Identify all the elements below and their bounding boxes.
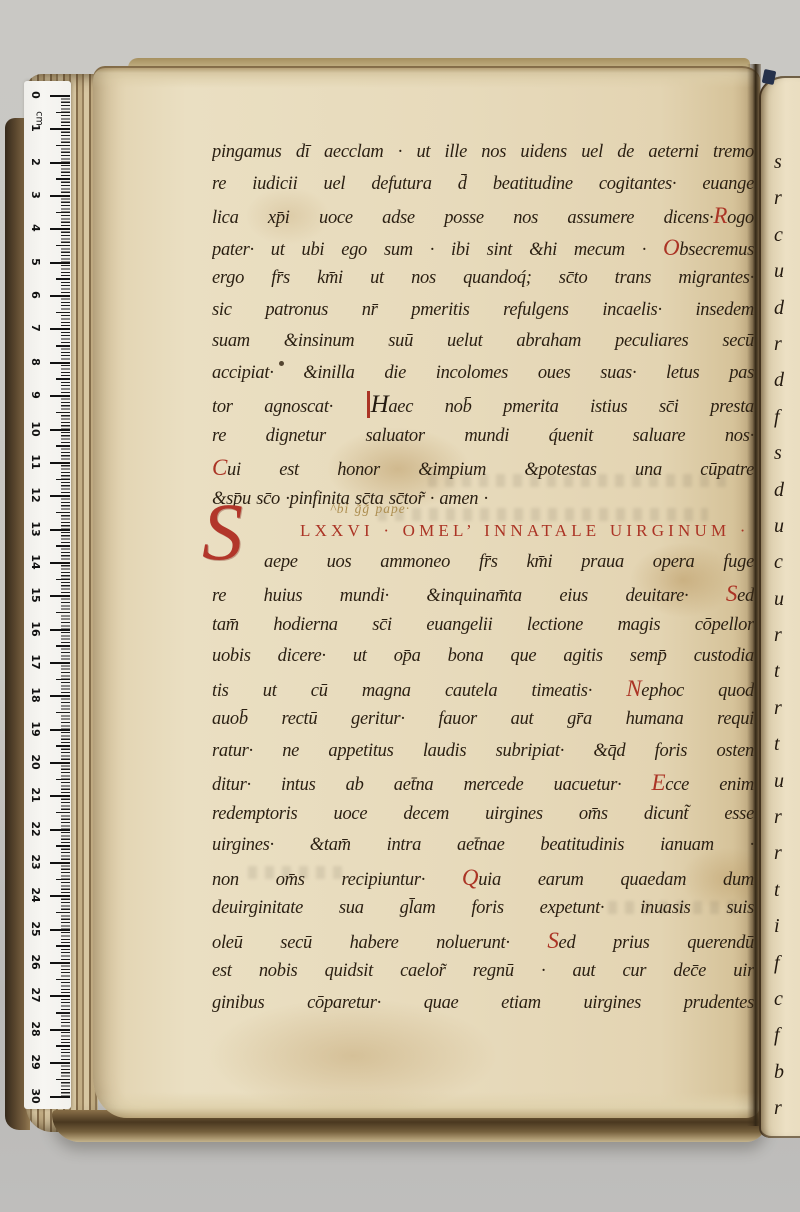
half-cm-tick [56,545,70,546]
cm-tick [50,562,70,564]
manuscript-line: oleū secū habere noluerunt· Sed prius qu… [212,925,754,957]
ruler-number: 13 [29,521,41,537]
manuscript-line: re huius mundi· &inquinam̄ta eius deuita… [212,578,754,610]
half-cm-tick [56,112,70,113]
manuscript-line: redemptoris uoce decem uirgines om̄s dic… [212,799,754,831]
manuscript-line: deuirginitate sua gl̄am foris expetunt· … [212,893,754,925]
edge-letter [774,1127,784,1163]
half-cm-tick [56,278,70,279]
text-segment: ui est honor &impium &potestas una cūpat… [227,460,754,480]
manuscript-line: accipiat· &inilla die incolomes oues sua… [212,358,754,390]
half-cm-tick [56,812,70,813]
half-cm-tick [56,579,70,580]
ruler-number: 8 [29,354,41,370]
cm-tick [50,429,70,431]
edge-letter: c [774,544,784,580]
ruler-number: 30 [29,1088,41,1104]
edge-letter: f [774,1017,784,1053]
manuscript-line: tor agnoscat· Haec nob̄ pmerita istius s… [212,389,754,421]
half-cm-tick [56,779,70,780]
text-segment: cce enim [665,775,754,795]
red-initial: R [713,203,727,228]
half-cm-tick [56,645,70,646]
manuscript-line: re dignetur saluator mundi q́uenit salua… [212,421,754,453]
half-cm-tick [56,712,70,713]
manuscript-line: Cui est honor &impium &potestas una cūpa… [212,452,754,484]
ruler-number: 4 [29,220,41,236]
ruler-number: 26 [29,954,41,970]
cm-tick [50,895,70,897]
text-segment: aec nob̄ pmerita istius sc̄i presta [388,397,754,417]
ruler-number: 16 [29,621,41,637]
ruler-number: 7 [29,320,41,336]
text-segment: deuirginitate sua gl̄am foris expetunt· … [212,898,754,918]
edge-letter: s [774,435,784,471]
half-cm-tick [56,1012,70,1013]
text-segment: re iudicii uel defutura d̄ beatitudine c… [212,174,754,194]
half-cm-tick [56,1045,70,1046]
half-cm-tick [56,845,70,846]
manuscript-line: ginibus cōparetur· quae etiam uirgines p… [212,988,754,1020]
text-segment: re huius mundi· &inquinam̄ta eius deuita… [212,586,726,606]
edge-letter: r [774,799,784,835]
half-cm-tick [56,378,70,379]
edge-letter: d [774,290,784,326]
text-segment: tis ut cū magna cautela timeatis· [212,681,626,701]
interlinear-gloss: ^bi g̃g̃ pape· [330,502,410,516]
cm-tick [50,1096,70,1098]
ruler-number: 29 [29,1054,41,1070]
edge-letter: u [774,253,784,289]
cm-ruler: cm 0123456789101112131415161718192021222… [24,81,71,1109]
manuscript-line: auob̄ rectū geritur· fauor aut gr̄a huma… [212,704,754,736]
half-cm-tick [56,1079,70,1080]
edge-letter: r [774,617,784,653]
cm-tick [50,662,70,664]
cm-tick [50,862,70,864]
manuscript-line: pingamus dī aecclam · ut ille nos uidens… [212,137,754,169]
edge-letter: c [774,981,784,1017]
cm-tick [50,995,70,997]
cm-tick [50,595,70,597]
cm-tick [50,629,70,631]
half-cm-tick [56,479,70,480]
cm-tick [50,729,70,731]
manuscript-line: ergo fr̄s km̄i ut nos quandoq́; sc̄to tr… [212,263,754,295]
cm-tick [50,228,70,230]
text-segment: lica xp̄i uoce adse posse nos assumere d… [212,208,713,228]
text-segment: pater· ut ubi ego sum · ibi sint &hi mec… [212,240,663,260]
manuscript-line: sic patronus nr̄ pmeritis refulgens inca… [212,295,754,327]
red-initial: Q [462,865,478,890]
cm-tick [50,195,70,197]
edge-letter: t [774,653,784,689]
text-segment: tor agnoscat· [212,397,365,417]
text-segment: auob̄ rectū geritur· fauor aut gr̄a huma… [212,709,754,729]
ruler-number: 6 [29,287,41,303]
text-segment: uirgines· &tam̄ intra aet̄nae beatitudin… [212,835,754,855]
text-segment: sic patronus nr̄ pmeritis refulgens inca… [212,300,754,320]
manuscript-page: S pingamus dī aecclam · ut ille nos uide… [93,66,760,1118]
ruler-scale: 0123456789101112131415161718192021222324… [25,95,70,1096]
edge-letter: r [774,1090,784,1126]
text-segment: redemptoris uoce decem uirgines om̄s dic… [212,804,754,824]
half-cm-tick [56,912,70,913]
cm-tick [50,1029,70,1031]
red-initial: E [652,770,666,795]
ruler-number: 18 [29,687,41,703]
cm-tick [50,395,70,397]
half-cm-tick [56,345,70,346]
manuscript-line: re iudicii uel defutura d̄ beatitudine c… [212,169,754,201]
edge-letter: t [774,872,784,908]
text-segment: re dignetur saluator mundi q́uenit salua… [212,426,754,446]
text-segment: pingamus dī aecclam · ut ille nos uidens… [212,142,754,162]
red-initial: LXXVI · OMEL’ INNATALE UIRGINUM · [300,521,750,540]
text-segment: est nobis quidsit caelor̃ regnū · aut cu… [212,961,754,981]
ruler-number: 23 [29,854,41,870]
ruler-number: 27 [29,987,41,1003]
cm-tick [50,362,70,364]
edge-letter: t [774,726,784,762]
text-segment: non om̄s recipiuntur· [212,870,462,890]
facing-page-letter-fragments: srcudrdfsducurtrturrtifcfbr [774,144,784,1163]
ruler-number: 15 [29,587,41,603]
half-cm-tick [56,879,70,880]
cm-tick [50,295,70,297]
manuscript-line: tam̄ hodierna sc̄i euangelii lectione ma… [212,610,754,642]
half-cm-tick [56,412,70,413]
ruler-number: 2 [29,154,41,170]
ruler-number: 24 [29,887,41,903]
edge-letter: r [774,326,784,362]
cm-tick [50,328,70,330]
cm-tick [50,695,70,697]
cm-tick [50,529,70,531]
cm-tick [50,462,70,464]
text-segment: aepe uos ammoneo fr̄s km̄i praua opera f… [264,552,754,572]
text-segment: bsecremus [679,240,754,260]
manuscript-line: non om̄s recipiuntur· Quia earum quaedam… [212,862,754,894]
ruler-number: 17 [29,654,41,670]
edge-letter: b [774,1054,784,1090]
edge-letter: f [774,945,784,981]
half-cm-tick [56,612,70,613]
ruler-number: 22 [29,821,41,837]
half-cm-tick [56,679,70,680]
ruler-number: 20 [29,754,41,770]
ruler-number: 14 [29,554,41,570]
text-segment: oleū secū habere noluerunt· [212,933,547,953]
red-initial: O [663,235,679,260]
edge-letter: s [774,144,784,180]
cm-tick [50,1062,70,1064]
red-initial: S [726,581,737,606]
cm-tick [50,262,70,264]
ruler-number: 12 [29,487,41,503]
edge-letter: u [774,508,784,544]
ruler-number: 0 [29,87,41,103]
facing-page-edge: srcudrdfsducurtrturrtifcfbr [759,76,800,1138]
text-segment: ephoc quod [641,681,754,701]
ruler-number: 1 [29,120,41,136]
ruler-number: 5 [29,254,41,270]
half-cm-tick [56,945,70,946]
edge-letter: d [774,362,784,398]
ruler-number: 25 [29,921,41,937]
red-initial: S [547,928,558,953]
cm-tick [50,795,70,797]
manuscript-line: suam &insinum suū uelut abraham peculiar… [212,326,754,358]
ruler-number: 28 [29,1021,41,1037]
half-cm-tick [56,145,70,146]
manuscript-line: est nobis quidsit caelor̃ regnū · aut cu… [212,956,754,988]
cm-tick [50,495,70,497]
ruler-number: 21 [29,787,41,803]
half-cm-tick [56,212,70,213]
manuscript-line: lica xp̄i uoce adse posse nos assumere d… [212,200,754,232]
text-segment: tam̄ hodierna sc̄i euangelii lectione ma… [212,615,754,635]
edge-letter: d [774,472,784,508]
text-block: S pingamus dī aecclam · ut ille nos uide… [212,137,754,1019]
cm-tick [50,95,70,97]
edge-letter: r [774,690,784,726]
text-segment: ginibus cōparetur· quae etiam uirgines p… [212,993,754,1013]
rubric-line: LXXVI · OMEL’ INNATALE UIRGINUM ·^bi g̃g… [212,515,754,547]
manuscript-line: ratur· ne appetitus laudis subripiat· &q… [212,736,754,768]
cm-tick [50,829,70,831]
manuscript-line: aepe uos ammoneo fr̄s km̄i praua opera f… [212,547,754,579]
manuscript-photo: S pingamus dī aecclam · ut ille nos uide… [0,0,800,1212]
cm-tick [50,962,70,964]
edge-letter: u [774,763,784,799]
half-cm-tick [56,979,70,980]
text-segment: ergo fr̄s km̄i ut nos quandoq́; sc̄to tr… [212,268,754,288]
text-segment: uobis dicere· ut op̄a bona que agitis se… [212,646,754,666]
ruler-number: 3 [29,187,41,203]
cm-tick [50,128,70,130]
ruler-number: 9 [29,387,41,403]
cm-tick [50,762,70,764]
manuscript-line: tis ut cū magna cautela timeatis· Nephoc… [212,673,754,705]
red-initial: C [212,455,227,480]
ruler-number: 10 [29,421,41,437]
cm-tick [50,162,70,164]
half-cm-tick [56,745,70,746]
manuscript-line: ditur· intus ab aet̄na mercede uacuetur·… [212,767,754,799]
edge-letter: c [774,217,784,253]
half-cm-tick [56,512,70,513]
edge-letter: i [774,908,784,944]
red-initial: N [626,676,641,701]
manuscript-line: uirgines· &tam̄ intra aet̄nae beatitudin… [212,830,754,862]
edge-letter: u [774,581,784,617]
tall-initial: H [367,391,389,418]
text-segment: ed prius querendū [559,933,754,953]
edge-letter: r [774,180,784,216]
ruler-number: 11 [29,454,41,470]
text-segment: accipiat· &inilla die incolomes oues sua… [212,363,754,383]
ruler-number: 19 [29,721,41,737]
manuscript-line: &sp̄u sc̄o ·pinfinita sc̄ta sc̄tor̃ · am… [212,484,754,516]
text-segment: uia earum quaedam dum [478,870,754,890]
half-cm-tick [56,312,70,313]
cm-tick [50,929,70,931]
manuscript-line: uobis dicere· ut op̄a bona que agitis se… [212,641,754,673]
manuscript-line: pater· ut ubi ego sum · ibi sint &hi mec… [212,232,754,264]
edge-letter: r [774,835,784,871]
half-cm-tick [56,178,70,179]
half-cm-tick [56,445,70,446]
text-segment: suam &insinum suū uelut abraham peculiar… [212,331,754,351]
edge-letter: f [774,399,784,435]
half-cm-tick [56,245,70,246]
text-segment: ratur· ne appetitus laudis subripiat· &q… [212,741,754,761]
text-segment: ditur· intus ab aet̄na mercede uacuetur· [212,775,652,795]
